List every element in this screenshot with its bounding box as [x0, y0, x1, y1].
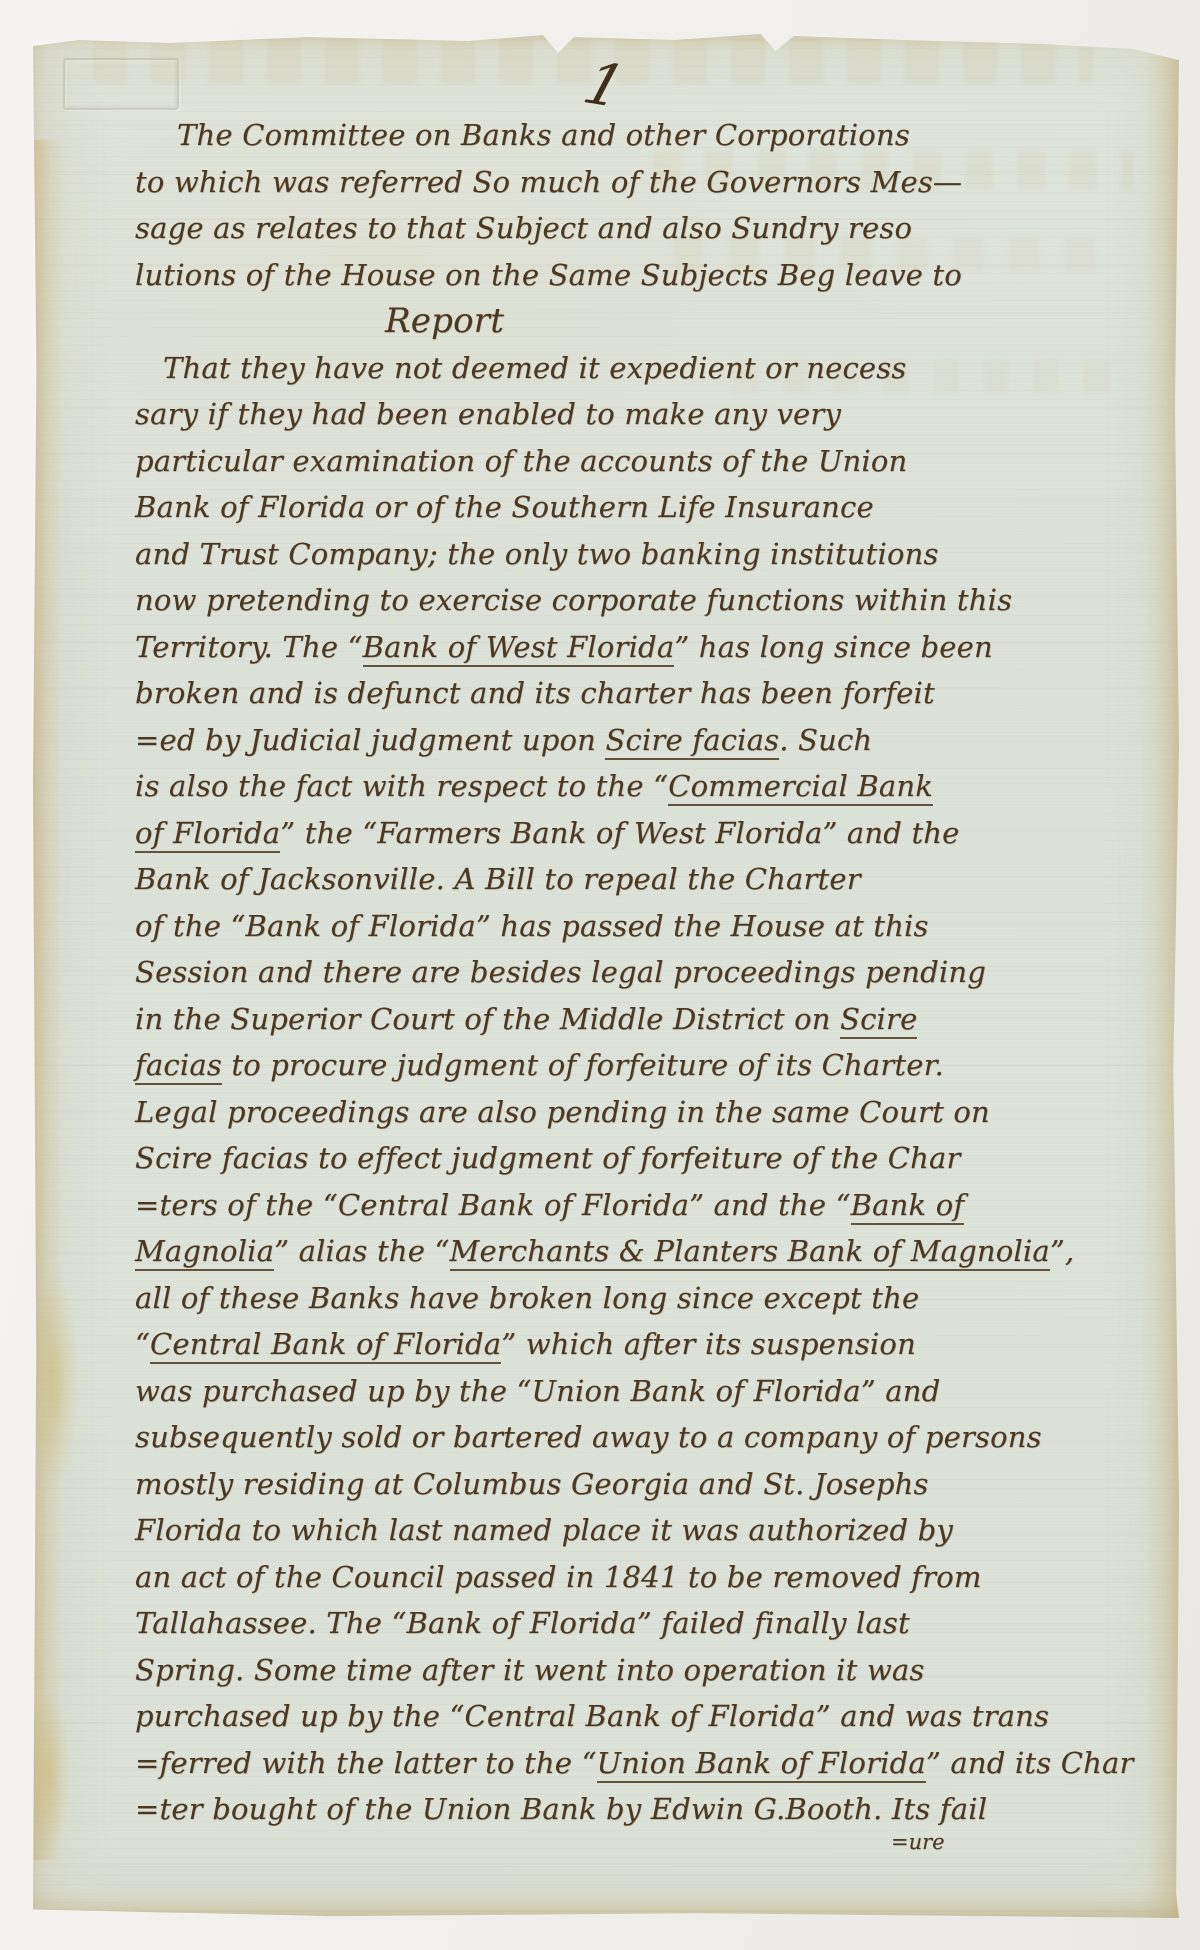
manuscript-line: =ter bought of the Union Bank by Edwin G… [135, 1786, 950, 1833]
manuscript-line: now pretending to exercise corporate fun… [135, 577, 950, 624]
underlined-phrase: Commercial Bank [668, 769, 933, 806]
manuscript-line: particular examination of the accounts o… [135, 438, 950, 485]
text-segment: =ters of the “Central Bank of Florida” a… [135, 1188, 851, 1222]
embossed-paper-stamp [63, 58, 179, 110]
text-segment: mostly residing at Columbus Georgia and … [135, 1467, 929, 1501]
text-segment: Scire facias to effect judgment of forfe… [135, 1141, 961, 1175]
manuscript-line: subsequently sold or bartered away to a … [135, 1414, 950, 1461]
underlined-phrase: Merchants & Planters Bank of Magnolia [450, 1234, 1050, 1271]
manuscript-line: Spring. Some time after it went into ope… [135, 1647, 950, 1694]
text-segment: ” alias the “ [274, 1234, 449, 1268]
text-segment: to procure judgment of forfeiture of its… [222, 1048, 944, 1082]
text-segment: Session and there are besides legal proc… [135, 955, 986, 989]
underlined-phrase: facias [135, 1048, 222, 1085]
manuscript-line: lutions of the House on the Same Subject… [135, 252, 950, 299]
manuscript-line: facias to procure judgment of forfeiture… [135, 1042, 950, 1089]
underlined-phrase: of Florida [135, 816, 280, 853]
manuscript-line: of the “Bank of Florida” has passed the … [135, 903, 950, 950]
manuscript-line: in the Superior Court of the Middle Dist… [135, 996, 950, 1043]
text-segment: ”, [1050, 1234, 1074, 1268]
manuscript-line: Territory. The “Bank of West Florida” ha… [135, 624, 950, 671]
manuscript-line: =ters of the “Central Bank of Florida” a… [135, 1182, 950, 1229]
paper-edge-stain-top [33, 30, 1179, 50]
manuscript-line: “Central Bank of Florida” which after it… [135, 1321, 950, 1368]
manuscript-line: all of these Banks have broken long sinc… [135, 1275, 950, 1322]
manuscript-line: Florida to which last named place it was… [135, 1507, 950, 1554]
underlined-phrase: Scire [840, 1002, 917, 1039]
text-segment: The Committee on Banks and other Corpora… [177, 118, 910, 152]
text-segment: =ferred with the latter to the “ [135, 1746, 597, 1780]
text-segment: broken and is defunct and its charter ha… [135, 676, 935, 710]
manuscript-line: The Committee on Banks and other Corpora… [135, 112, 950, 159]
manuscript-line: Bank of Jacksonville. A Bill to repeal t… [135, 856, 950, 903]
paper-edge-stain-right [1145, 30, 1179, 1918]
manuscript-line: purchased up by the “Central Bank of Flo… [135, 1693, 950, 1740]
text-segment: purchased up by the “Central Bank of Flo… [135, 1699, 1049, 1733]
underlined-phrase: Scire facias [605, 723, 779, 760]
underlined-phrase: Central Bank of Florida [150, 1327, 501, 1364]
text-segment: particular examination of the accounts o… [135, 444, 907, 478]
text-segment: now pretending to exercise corporate fun… [135, 583, 1012, 617]
text-segment: ” the “Farmers Bank of West Florida” and… [280, 816, 959, 850]
underlined-phrase: Magnolia [135, 1234, 274, 1271]
manuscript-line: is also the fact with respect to the “Co… [135, 763, 950, 810]
underlined-phrase: Union Bank of Florida [597, 1746, 926, 1783]
manuscript-line: =ferred with the latter to the “Union Ba… [135, 1740, 950, 1787]
manuscript-line: mostly residing at Columbus Georgia and … [135, 1461, 950, 1508]
manuscript-line: That they have not deemed it expedient o… [135, 345, 950, 392]
section-heading: Report [135, 298, 950, 345]
manuscript-line: Tallahassee. The “Bank of Florida” faile… [135, 1600, 950, 1647]
manuscript-line: Bank of Florida or of the Southern Life … [135, 484, 950, 531]
manuscript-line: broken and is defunct and its charter ha… [135, 670, 950, 717]
text-segment: ” which after its suspension [501, 1327, 916, 1361]
text-segment: all of these Banks have broken long sinc… [135, 1281, 919, 1315]
underlined-phrase: Bank of [851, 1188, 965, 1225]
text-segment: Tallahassee. The “Bank of Florida” faile… [135, 1606, 910, 1640]
paper-edge-stain-bottom [33, 1892, 1179, 1918]
text-segment: ” and its Char [926, 1746, 1134, 1780]
text-segment: Bank of Florida or of the Southern Life … [135, 490, 874, 524]
manuscript-line: Magnolia” alias the “Merchants & Planter… [135, 1228, 950, 1275]
manuscript-line: Legal proceedings are also pending in th… [135, 1089, 950, 1136]
text-segment: sage as relates to that Subject and also… [135, 211, 912, 245]
page-number: 1 [578, 54, 632, 116]
manuscript-line: and Trust Company; the only two banking … [135, 531, 950, 578]
text-segment: in the Superior Court of the Middle Dist… [135, 1002, 840, 1036]
text-segment: to which was referred So much of the Gov… [135, 165, 962, 199]
text-segment: Territory. The “ [135, 630, 363, 664]
text-segment: subsequently sold or bartered away to a … [135, 1420, 1042, 1454]
manuscript-line: of Florida” the “Farmers Bank of West Fl… [135, 810, 950, 857]
text-segment: Florida to which last named place it was… [135, 1513, 953, 1547]
manuscript-line: =ed by Judicial judgment upon Scire faci… [135, 717, 950, 764]
text-segment: lutions of the House on the Same Subject… [135, 258, 962, 292]
manuscript-line: an act of the Council passed in 1841 to … [135, 1554, 950, 1601]
text-segment: sary if they had been enabled to make an… [135, 397, 841, 431]
text-segment: Bank of Jacksonville. A Bill to repeal t… [135, 862, 861, 896]
manuscript-line: sary if they had been enabled to make an… [135, 391, 950, 438]
paper-edge-stain-left [33, 140, 63, 1860]
text-segment: an act of the Council passed in 1841 to … [135, 1560, 982, 1594]
document-scan: 1 The Committee on Banks and other Corpo… [0, 0, 1200, 1950]
text-segment: was purchased up by the “Union Bank of F… [135, 1374, 940, 1408]
manuscript-line: Scire facias to effect judgment of forfe… [135, 1135, 950, 1182]
text-segment: =ter bought of the Union Bank by Edwin G… [135, 1792, 987, 1826]
text-segment: Report [385, 301, 504, 341]
manuscript-line: was purchased up by the “Union Bank of F… [135, 1368, 950, 1415]
text-segment: Legal proceedings are also pending in th… [135, 1095, 990, 1129]
catchword: =ure [891, 1830, 945, 1854]
text-segment: ” has long since been [674, 630, 993, 664]
manuscript-line: sage as relates to that Subject and also… [135, 205, 950, 252]
underlined-phrase: Bank of West Florida [363, 630, 675, 667]
text-segment: is also the fact with respect to the “ [135, 769, 668, 803]
manuscript-text: The Committee on Banks and other Corpora… [135, 112, 950, 1833]
manuscript-page: 1 The Committee on Banks and other Corpo… [33, 30, 1179, 1918]
text-segment: of the “Bank of Florida” has passed the … [135, 909, 929, 943]
text-segment: and Trust Company; the only two banking … [135, 537, 939, 571]
manuscript-line: Session and there are besides legal proc… [135, 949, 950, 996]
text-segment: Spring. Some time after it went into ope… [135, 1653, 925, 1687]
paper-stain-blotch [25, 1690, 71, 1860]
manuscript-line: to which was referred So much of the Gov… [135, 159, 950, 206]
text-segment: “ [135, 1327, 150, 1361]
text-segment: =ed by Judicial judgment upon [135, 723, 605, 757]
paper-stain-blotch [27, 1270, 79, 1490]
text-segment: That they have not deemed it expedient o… [163, 351, 906, 385]
text-segment: . Such [779, 723, 872, 757]
